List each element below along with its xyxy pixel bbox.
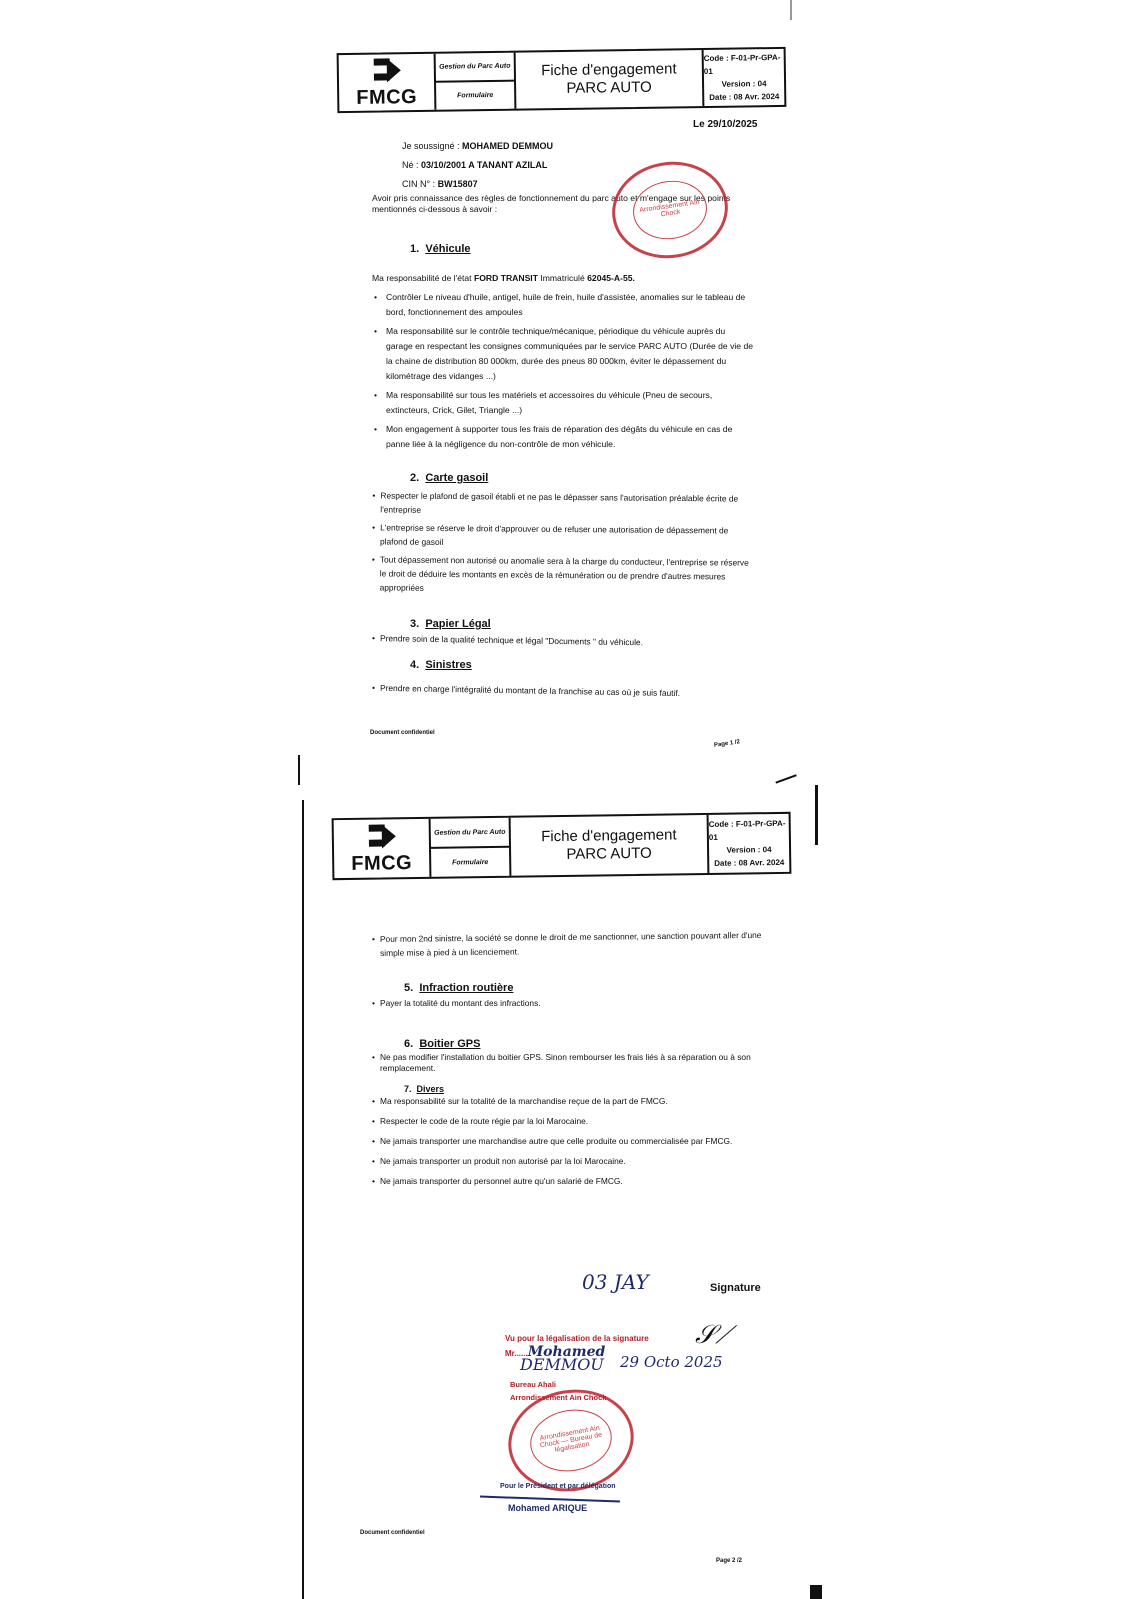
list-item: Ma responsabilité sur le contrôle techni… bbox=[372, 324, 754, 384]
list-item: Tout dépassement non autorisé ou anomali… bbox=[372, 552, 752, 597]
brand-name: FMCG bbox=[356, 86, 417, 110]
header-department: Gestion du Parc Auto bbox=[431, 818, 509, 849]
paper-edge bbox=[302, 800, 304, 1599]
fmcg-logo: FMCG bbox=[339, 54, 437, 111]
identity-name: Je soussigné : MOHAMED DEMMOU bbox=[402, 140, 553, 153]
section-5-list: Payer la totalité du montant des infract… bbox=[372, 996, 762, 1014]
identity-birth: Né : 03/10/2001 A TANANT AZILAL bbox=[402, 159, 547, 172]
list-item: Prendre soin de la qualité technique et … bbox=[372, 631, 752, 651]
list-item: Ma responsabilité sur la totalité de la … bbox=[372, 1096, 762, 1107]
officer-name: Mohamed ARIQUE bbox=[508, 1502, 587, 1515]
list-item: Ma responsabilité sur tous les matériels… bbox=[372, 388, 754, 418]
identity-cin: CIN N° : BW15807 bbox=[402, 178, 478, 191]
fmcg-logo: FMCG bbox=[334, 819, 432, 878]
paper-edge bbox=[815, 785, 818, 845]
list-item: Respecter le plafond de gasoil établi et… bbox=[372, 488, 752, 519]
section-2-title: 2. Carte gasoil bbox=[410, 472, 488, 484]
header-meta: Code : F-01-Pr-GPA-01 Version : 04 Date … bbox=[709, 814, 790, 873]
list-item: Ne jamais transporter une marchandise au… bbox=[372, 1136, 762, 1147]
paper-edge bbox=[790, 0, 792, 20]
page-number: Page 1 /2 bbox=[714, 739, 741, 749]
arrow-logo-icon bbox=[364, 822, 398, 850]
handwritten-note: 03 JAY bbox=[582, 1270, 649, 1294]
paper-edge bbox=[298, 755, 300, 785]
section-2-list: Respecter le plafond de gasoil établi et… bbox=[372, 488, 753, 601]
section-7-list: Ma responsabilité sur la totalité de la … bbox=[372, 1096, 762, 1196]
brand-name: FMCG bbox=[351, 852, 412, 876]
section-6-title: 6. Boitier GPS bbox=[404, 1038, 480, 1050]
continued-list: Pour mon 2nd sinistre, la société se don… bbox=[372, 928, 762, 964]
section-3-list: Prendre soin de la qualité technique et … bbox=[372, 631, 752, 655]
document-date: Le 29/10/2025 bbox=[693, 118, 758, 131]
document-header: FMCG Gestion du Parc Auto Formulaire Fic… bbox=[337, 47, 787, 113]
document-header: FMCG Gestion du Parc Auto Formulaire Fic… bbox=[332, 812, 792, 880]
header-department: Gestion du Parc Auto bbox=[436, 53, 514, 83]
list-item: Pour mon 2nd sinistre, la société se don… bbox=[372, 928, 762, 960]
section-6-list: Ne pas modifier l'installation du boitie… bbox=[372, 1052, 762, 1078]
document-page-2: FMCG Gestion du Parc Auto Formulaire Fic… bbox=[0, 790, 1131, 1599]
vehicle-statement: Ma responsabilité de l'état FORD TRANSIT… bbox=[372, 272, 635, 285]
arrow-logo-icon bbox=[369, 56, 403, 84]
section-4-title: 4. Sinistres bbox=[410, 659, 472, 671]
header-doc-type: Formulaire bbox=[431, 848, 509, 877]
list-item: Mon engagement à supporter tous les frai… bbox=[372, 422, 754, 452]
section-7-title: 7. Divers bbox=[404, 1084, 444, 1094]
official-stamp: Arrondissement Ain Chock bbox=[606, 154, 734, 265]
header-title: Fiche d'engagement PARC AUTO bbox=[511, 815, 710, 876]
list-item: Ne jamais transporter du personnel autre… bbox=[372, 1176, 762, 1187]
header-title: Fiche d'engagement PARC AUTO bbox=[516, 50, 705, 109]
legalization-name: DEMMOU bbox=[520, 1355, 604, 1374]
list-item: Ne jamais transporter un produit non aut… bbox=[372, 1156, 762, 1167]
list-item: L'entreprise se réserve le droit d'appro… bbox=[372, 520, 752, 551]
footer-confidential: Document confidentiel bbox=[370, 730, 435, 736]
list-item: Payer la totalité du montant des infract… bbox=[372, 996, 762, 1010]
section-1-title: 1. Véhicule bbox=[410, 243, 471, 255]
footer-confidential: Document confidentiel bbox=[360, 1530, 425, 1536]
signature-label: Signature bbox=[710, 1282, 761, 1295]
list-item: Ne pas modifier l'installation du boitie… bbox=[372, 1052, 762, 1074]
legalization-date: 29 Octo 2025 bbox=[620, 1353, 723, 1371]
section-3-title: 3. Papier Légal bbox=[410, 618, 491, 630]
section-4-list: Prendre en charge l'intégralité du monta… bbox=[372, 681, 752, 706]
list-item: Respecter le code de la route régie par … bbox=[372, 1116, 762, 1127]
section-5-title: 5. Infraction routière bbox=[404, 982, 513, 994]
list-item: Prendre en charge l'intégralité du monta… bbox=[372, 681, 752, 702]
signature-mark: 𝒮⟋ bbox=[695, 1320, 733, 1351]
document-page-1: FMCG Gestion du Parc Auto Formulaire Fic… bbox=[0, 0, 1131, 790]
paper-edge bbox=[810, 1585, 822, 1599]
page-number: Page 2 /2 bbox=[716, 1558, 742, 1564]
list-item: Contrôler Le niveau d'huile, antigel, hu… bbox=[372, 290, 754, 320]
header-doc-type: Formulaire bbox=[436, 82, 514, 110]
section-1-list: Contrôler Le niveau d'huile, antigel, hu… bbox=[372, 290, 754, 456]
header-meta: Code : F-01-Pr-GPA-01 Version : 04 Date … bbox=[704, 49, 785, 106]
